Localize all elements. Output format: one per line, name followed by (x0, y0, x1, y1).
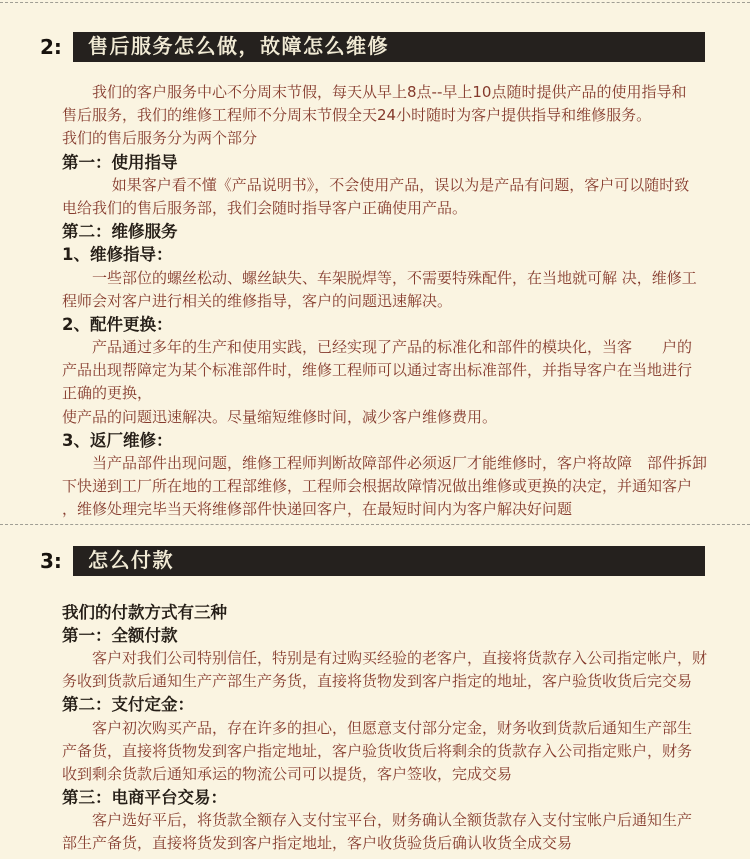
text-line: 客户选好平后，将货款全额存入支付宝平台，财务确认全额货款存入支付宝帐户后通知生产 (62, 809, 750, 832)
sub-heading: 第二：支付定金： (62, 693, 750, 716)
text-line: 我们的售后服务分为两个部分 (62, 127, 750, 150)
text-line: 下快递到工厂所在地的工程部维修，工程师会根据故障情况做出维修或更换的决定，并通知… (62, 475, 750, 498)
sub-heading: 我们的付款方式有三种 (62, 601, 750, 624)
section-aftersales-body: 我们的客户服务中心不分周末节假，每天从早上8点--早上10点随时提供产品的使用指… (0, 62, 750, 522)
sub-heading: 第三：电商平台交易： (62, 786, 750, 809)
sub-heading: 1、维修指导： (62, 243, 750, 266)
top-dashed-divider (0, 2, 750, 3)
sub-heading: 3、返厂维修： (62, 429, 750, 452)
text-line: 产品通过多年的生产和使用实践，已经实现了产品的标准化和部件的模块化，当客 户的 (62, 336, 750, 359)
sub-heading: 第一：全额付款 (62, 624, 750, 647)
text-line: 产备货，直接将货物发到客户指定地址，客户验货收货后将剩余的货款存入公司指定账户，… (62, 740, 750, 763)
sub-heading: 第一：使用指导 (62, 151, 750, 174)
section-aftersales-header: 2: 售后服务怎么做，故障怎么维修 (40, 32, 750, 62)
text-line: 务收到货款后通知生产产部生产务货，直接将货物发到客户指定的地址，客户验货收货后完… (62, 670, 750, 693)
text-line: 售后服务，我们的维修工程师不分周末节假全天24小时随时为客户提供指导和维修服务。 (62, 104, 750, 127)
product-detail-page: 2: 售后服务怎么做，故障怎么维修 我们的客户服务中心不分周末节假，每天从早上8… (0, 0, 750, 859)
text-line: 我们的客户服务中心不分周末节假，每天从早上8点--早上10点随时提供产品的使用指… (62, 81, 750, 104)
section-title: 怎么付款 (88, 550, 174, 572)
section-payment-header: 3: 怎么付款 (40, 546, 750, 576)
text-line: 当产品部件出现问题，维修工程师判断故障部件必须返厂才能维修时，客户将故障 部件拆… (62, 452, 750, 475)
text-line: 如果客户看不懂《产品说明书》，不会使用产品，误以为是产品有问题，客户可以随时致 (62, 174, 750, 197)
text-line: 部生产备货，直接将货发到客户指定地址，客户收货验货后确认收货全成交易 (62, 832, 750, 855)
text-line: 使产品的问题迅速解决。尽量缩短维修时间，减少客户维修费用。 (62, 406, 750, 429)
section-title-bar: 售后服务怎么做，故障怎么维修 (73, 32, 705, 62)
text-line: 电给我们的售后服务部，我们会随时指导客户正确使用产品。 (62, 197, 750, 220)
text-line: 客户初次购买产品，存在许多的担心，但愿意支付部分定金，财务收到货款后通知生产部生 (62, 717, 750, 740)
text-line: 程师会对客户进行相关的维修指导，客户的问题迅速解决。 (62, 290, 750, 313)
section-title-bar: 怎么付款 (73, 546, 705, 576)
text-line: 正确的更换， (62, 382, 750, 405)
text-line: 产品出现帮障定为某个标准部件时，维修工程师可以通过寄出标准部件，并指导客户在当地… (62, 359, 750, 382)
sub-heading: 2、配件更换： (62, 313, 750, 336)
text-line: 一些部位的螺丝松动、螺丝缺失、车架脱焊等，不需要特殊配件，在当地就可解 决，维修… (62, 267, 750, 290)
text-line: 收到剩余货款后通知承运的物流公司可以提货，客户签收，完成交易 (62, 763, 750, 786)
text-line: 客户对我们公司特别信任，特别是有过购买经验的老客户，直接将货款存入公司指定帐户，… (62, 647, 750, 670)
sub-heading: 第二：维修服务 (62, 220, 750, 243)
text-line: ，维修处理完毕当天将维修部件快递回客户，在最短时间内为客户解决好问题 (62, 498, 750, 521)
section-number: 3: (40, 549, 73, 573)
section-payment-body: 我们的付款方式有三种 第一：全额付款 客户对我们公司特别信任，特别是有过购买经验… (0, 576, 750, 856)
section-number: 2: (40, 35, 73, 59)
section-title: 售后服务怎么做，故障怎么维修 (88, 36, 389, 58)
mid-dashed-divider (0, 524, 750, 525)
